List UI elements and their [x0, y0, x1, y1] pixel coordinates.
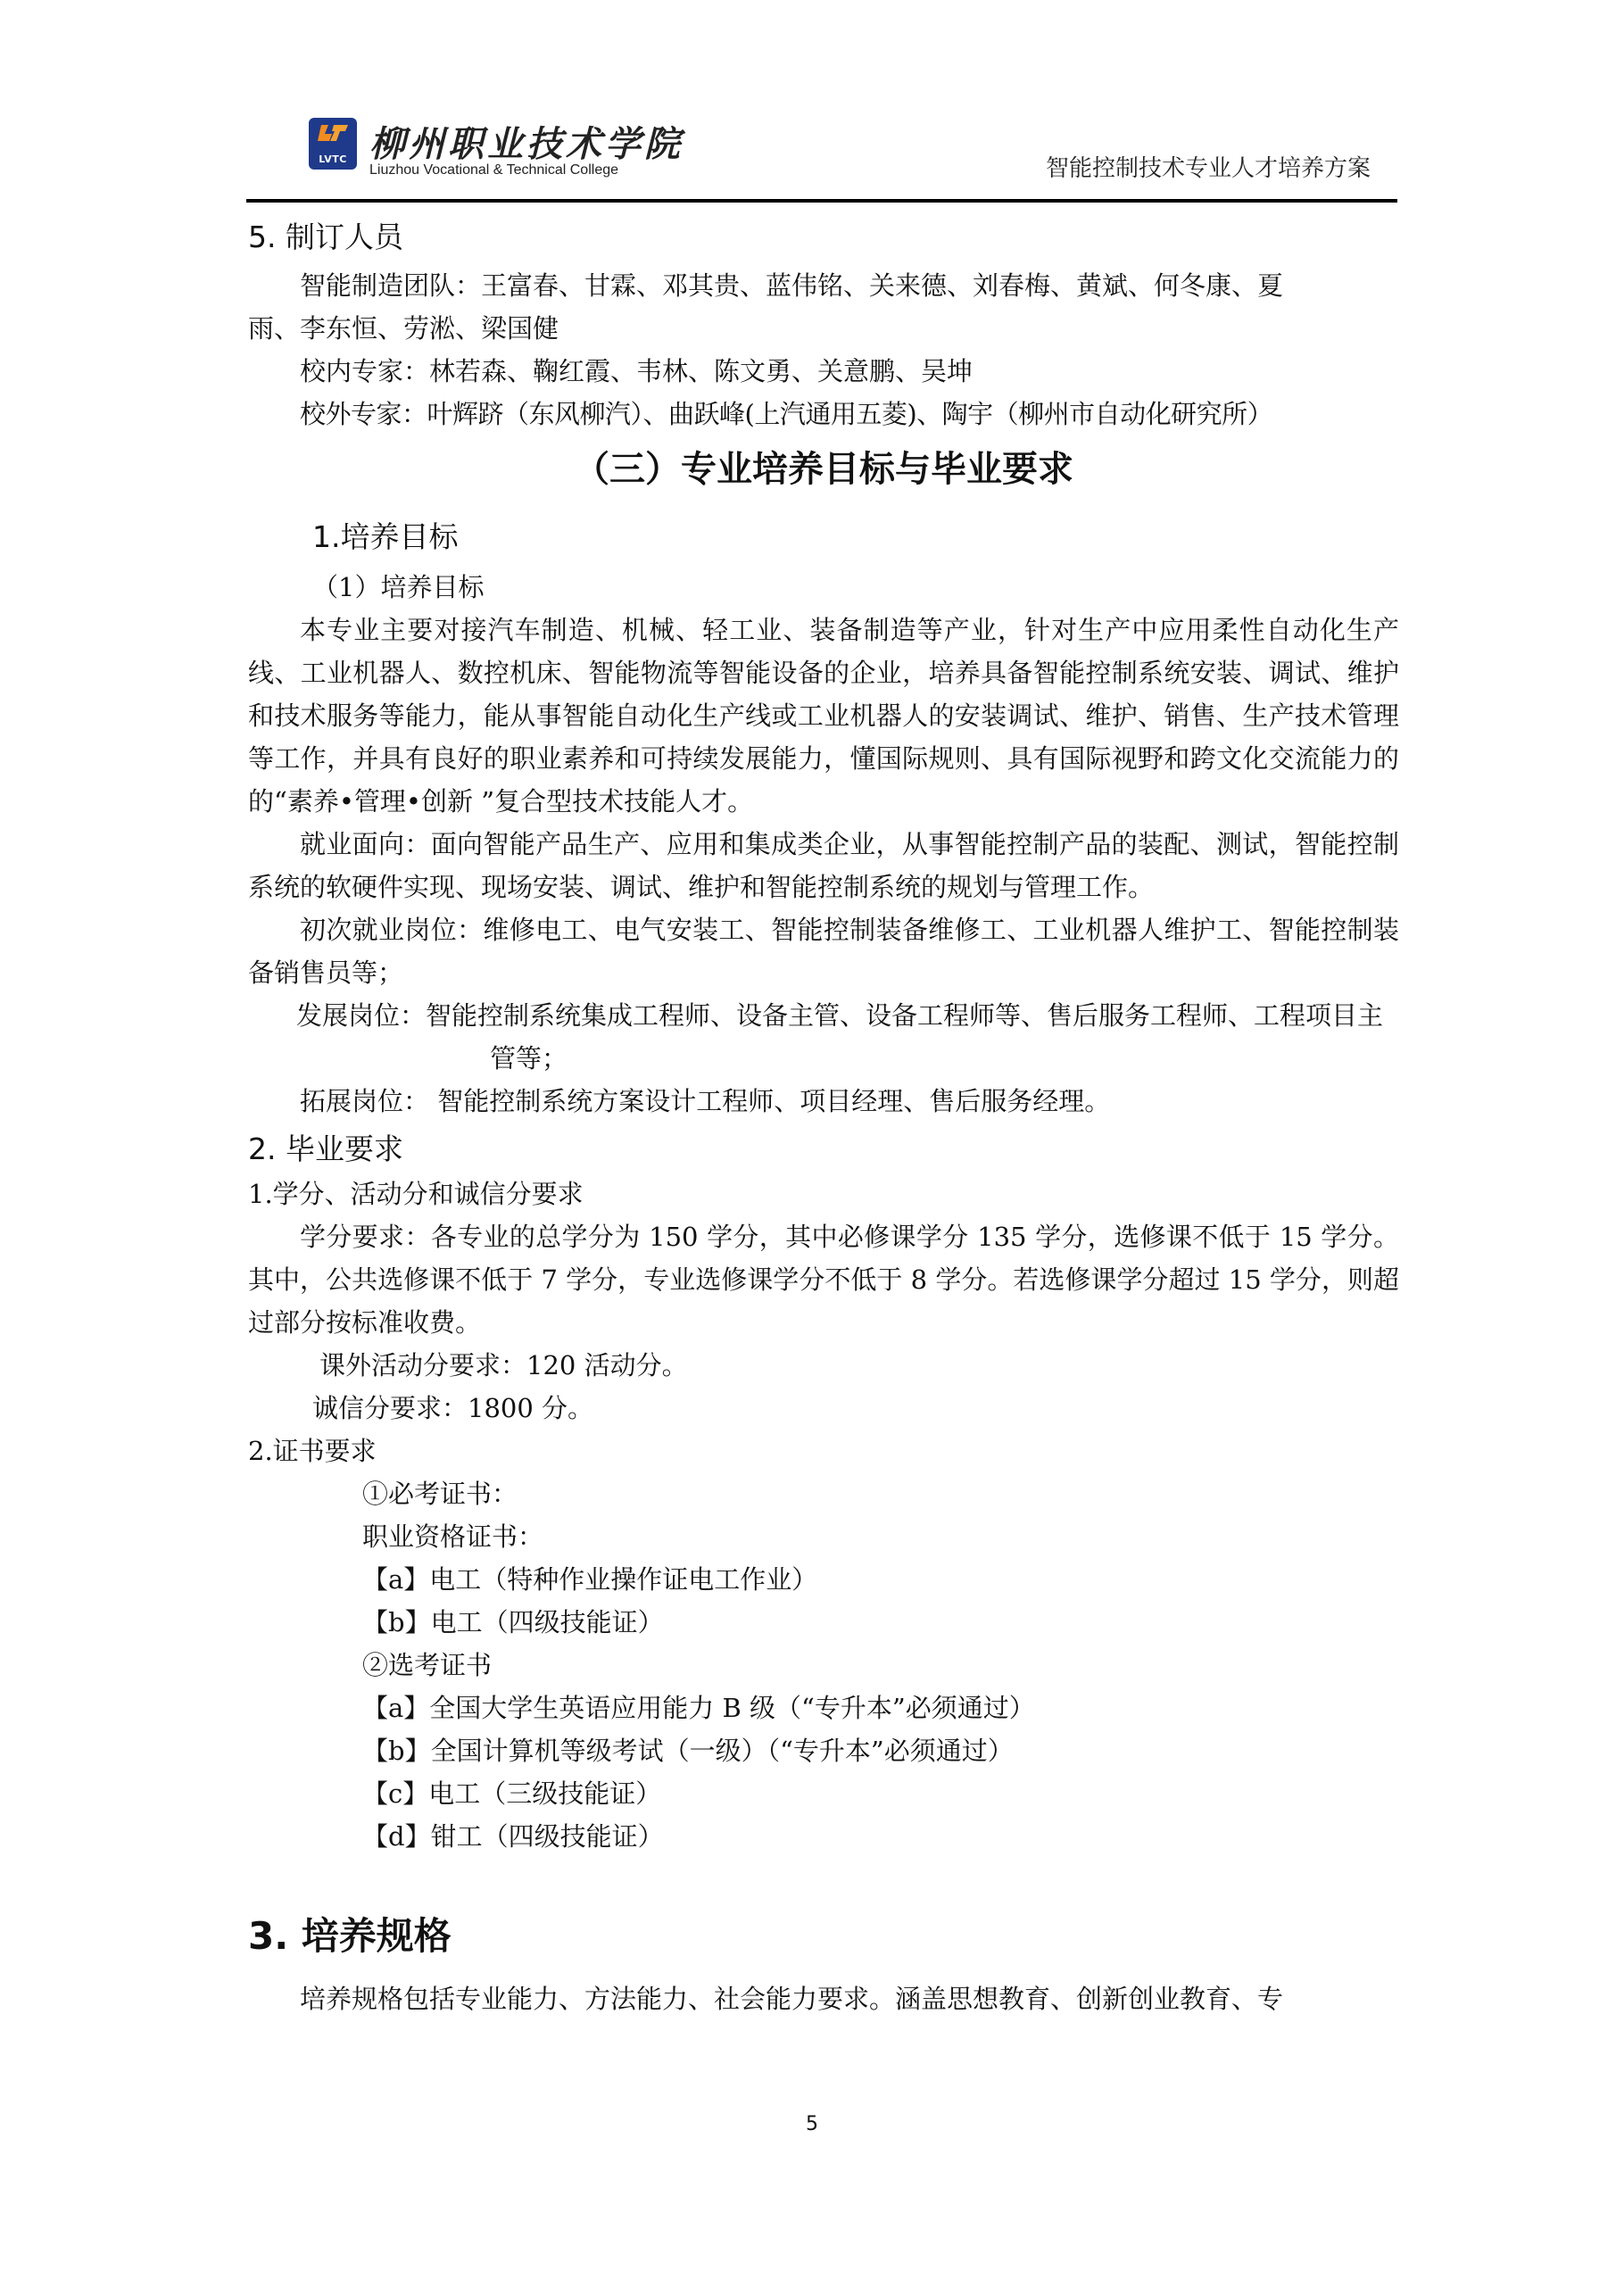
credits-paragraph: 学分要求：各专业的总学分为 150 学分，其中必修课学分 135 学分，选修课不…: [248, 1215, 1399, 1344]
team-members-line2: 雨、李东恒、劳淞、梁国健: [248, 307, 1399, 350]
document-body: 5. 制订人员 智能制造团队：王富春、甘霖、邓其贵、蓝伟铭、关来德、刘春梅、黄斌…: [248, 214, 1399, 2020]
page-number: 5: [0, 2113, 1624, 2135]
optional-cert-item: 【d】钳工（四级技能证）: [362, 1815, 1399, 1858]
external-experts: 校外专家：叶辉跻（东风柳汽）、曲跃峰(上汽通用五菱)、陶宇（柳州市自动化研究所）: [248, 393, 1399, 435]
extended-positions: 拓展岗位： 智能控制系统方案设计工程师、项目经理、售后服务经理。: [300, 1080, 1399, 1123]
goals-heading: 1.培养目标: [312, 512, 1399, 562]
goals-paragraph: 本专业主要对接汽车制造、机械、轻工业、装备制造等产业，针对生产中应用柔性自动化生…: [248, 609, 1399, 823]
lvtc-logo-icon: [316, 123, 350, 148]
college-name-en: Liuzhou Vocational & Technical College: [369, 162, 618, 178]
document-title: 智能控制技术专业人才培养方案: [1046, 150, 1371, 183]
team-members-line1: 智能制造团队：王富春、甘霖、邓其贵、蓝伟铭、关来德、刘春梅、黄斌、何冬康、夏: [248, 264, 1399, 307]
college-name-cn: 柳州职业技术学院: [369, 116, 684, 167]
integrity-requirement: 诚信分要求：1800 分。: [312, 1387, 1399, 1430]
chapter-heading: （三）专业培养目标与毕业要求: [248, 443, 1399, 496]
credits-heading: 1.学分、活动分和诚信分要求: [248, 1173, 1399, 1215]
activity-requirement: 课外活动分要求：120 活动分。: [319, 1344, 1399, 1387]
initial-positions: 初次就业岗位：维修电工、电气安装工、智能控制装备维修工、工业机器人维护工、智能控…: [248, 908, 1399, 994]
certificate-heading: 2.证书要求: [248, 1430, 1399, 1472]
goals-subheading: （1）培养目标: [312, 566, 1399, 609]
college-logo: LVTC: [309, 118, 357, 170]
header-divider: [246, 199, 1397, 203]
development-positions: 发展岗位：智能控制系统集成工程师、设备主管、设备工程师等、售后服务工程师、工程项…: [296, 994, 1399, 1080]
page-header: LVTC 柳州职业技术学院 Liuzhou Vocational & Techn…: [246, 107, 1397, 205]
internal-experts: 校内专家：林若森、鞠红霞、韦林、陈文勇、关意鹏、吴坤: [248, 350, 1399, 393]
required-cert-item: 【b】电工（四级技能证）: [362, 1601, 1399, 1644]
spec-paragraph: 培养规格包括专业能力、方法能力、社会能力要求。涵盖思想教育、创新创业教育、专: [248, 1977, 1399, 2020]
employment-direction: 就业面向：面向智能产品生产、应用和集成类企业，从事智能控制产品的装配、测试，智能…: [248, 823, 1399, 908]
qualification-heading: 职业资格证书：: [362, 1515, 1399, 1558]
optional-cert-item: 【b】全国计算机等级考试（一级）（“专升本”必须通过）: [362, 1729, 1399, 1772]
required-cert-item: 【a】电工（特种作业操作证电工作业）: [362, 1558, 1399, 1601]
logo-text: LVTC: [309, 153, 357, 165]
graduation-heading: 2. 毕业要求: [248, 1126, 1399, 1173]
section-heading-staff: 5. 制订人员: [248, 214, 1399, 261]
optional-cert-item: 【a】全国大学生英语应用能力 B 级（“专升本”必须通过）: [362, 1687, 1399, 1729]
required-cert-heading: ①必考证书：: [362, 1472, 1399, 1515]
spec-heading: 3. 培养规格: [248, 1908, 1399, 1965]
optional-cert-item: 【c】电工（三级技能证）: [362, 1772, 1399, 1815]
optional-cert-heading: ②选考证书: [362, 1644, 1399, 1687]
